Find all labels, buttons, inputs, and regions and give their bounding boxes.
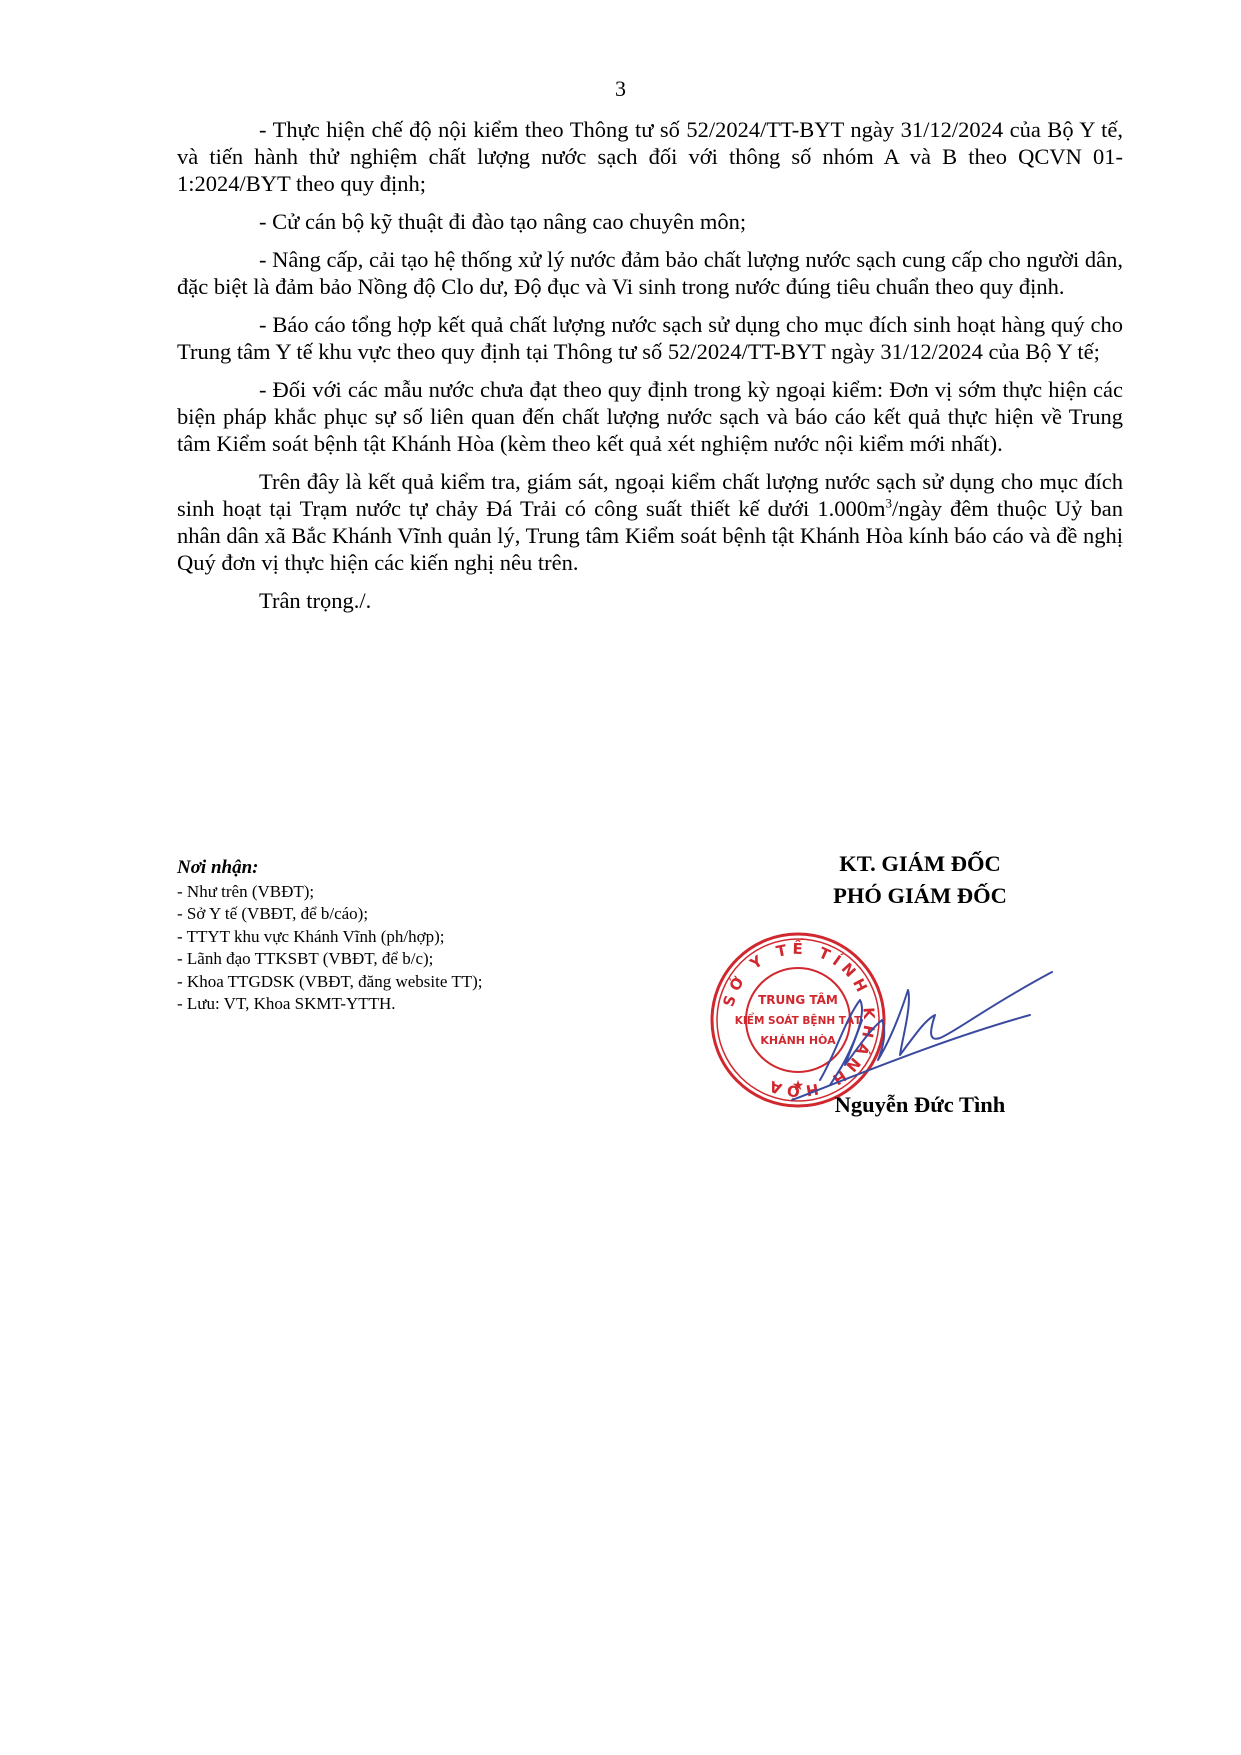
signature-title-block: KT. GIÁM ĐỐC PHÓ GIÁM ĐỐC — [760, 848, 1080, 912]
recipients-block: Nơi nhận: - Như trên (VBĐT); - Sở Y tế (… — [177, 857, 482, 1016]
handwritten-signature-icon — [790, 960, 1060, 1110]
recipient-item: - Khoa TTGDSK (VBĐT, đăng website TT); — [177, 971, 482, 994]
signer-name: Nguyễn Đức Tình — [760, 1092, 1080, 1118]
recipient-item: - Như trên (VBĐT); — [177, 881, 482, 904]
document-page: 3 - Thực hiện chế độ nội kiểm theo Thông… — [0, 0, 1241, 1755]
recommendation-paragraph: - Báo cáo tổng hợp kết quả chất lượng nư… — [177, 311, 1123, 365]
recipient-item: - Sở Y tế (VBĐT, để b/cáo); — [177, 903, 482, 926]
recommendation-paragraph: - Cử cán bộ kỹ thuật đi đào tạo nâng cao… — [177, 208, 1123, 235]
page-number: 3 — [0, 76, 1241, 102]
recipients-heading: Nơi nhận: — [177, 857, 482, 880]
conclusion-paragraph: Trên đây là kết quả kiểm tra, giám sát, … — [177, 468, 1123, 576]
recipient-item: - Lưu: VT, Khoa SKMT-YTTH. — [177, 993, 482, 1016]
signature-title-line2: PHÓ GIÁM ĐỐC — [760, 880, 1080, 912]
recipient-item: - Lãnh đạo TTKSBT (VBĐT, để b/c); — [177, 948, 482, 971]
recommendation-paragraph: - Đối với các mẫu nước chưa đạt theo quy… — [177, 376, 1123, 457]
recommendation-paragraph: - Thực hiện chế độ nội kiểm theo Thông t… — [177, 116, 1123, 197]
recipient-item: - TTYT khu vực Khánh Vĩnh (ph/hợp); — [177, 926, 482, 949]
closing-text: Trân trọng./. — [177, 587, 1123, 614]
recommendation-paragraph: - Nâng cấp, cải tạo hệ thống xử lý nước … — [177, 246, 1123, 300]
signature-title-line1: KT. GIÁM ĐỐC — [760, 848, 1080, 880]
document-body: - Thực hiện chế độ nội kiểm theo Thông t… — [177, 116, 1123, 625]
